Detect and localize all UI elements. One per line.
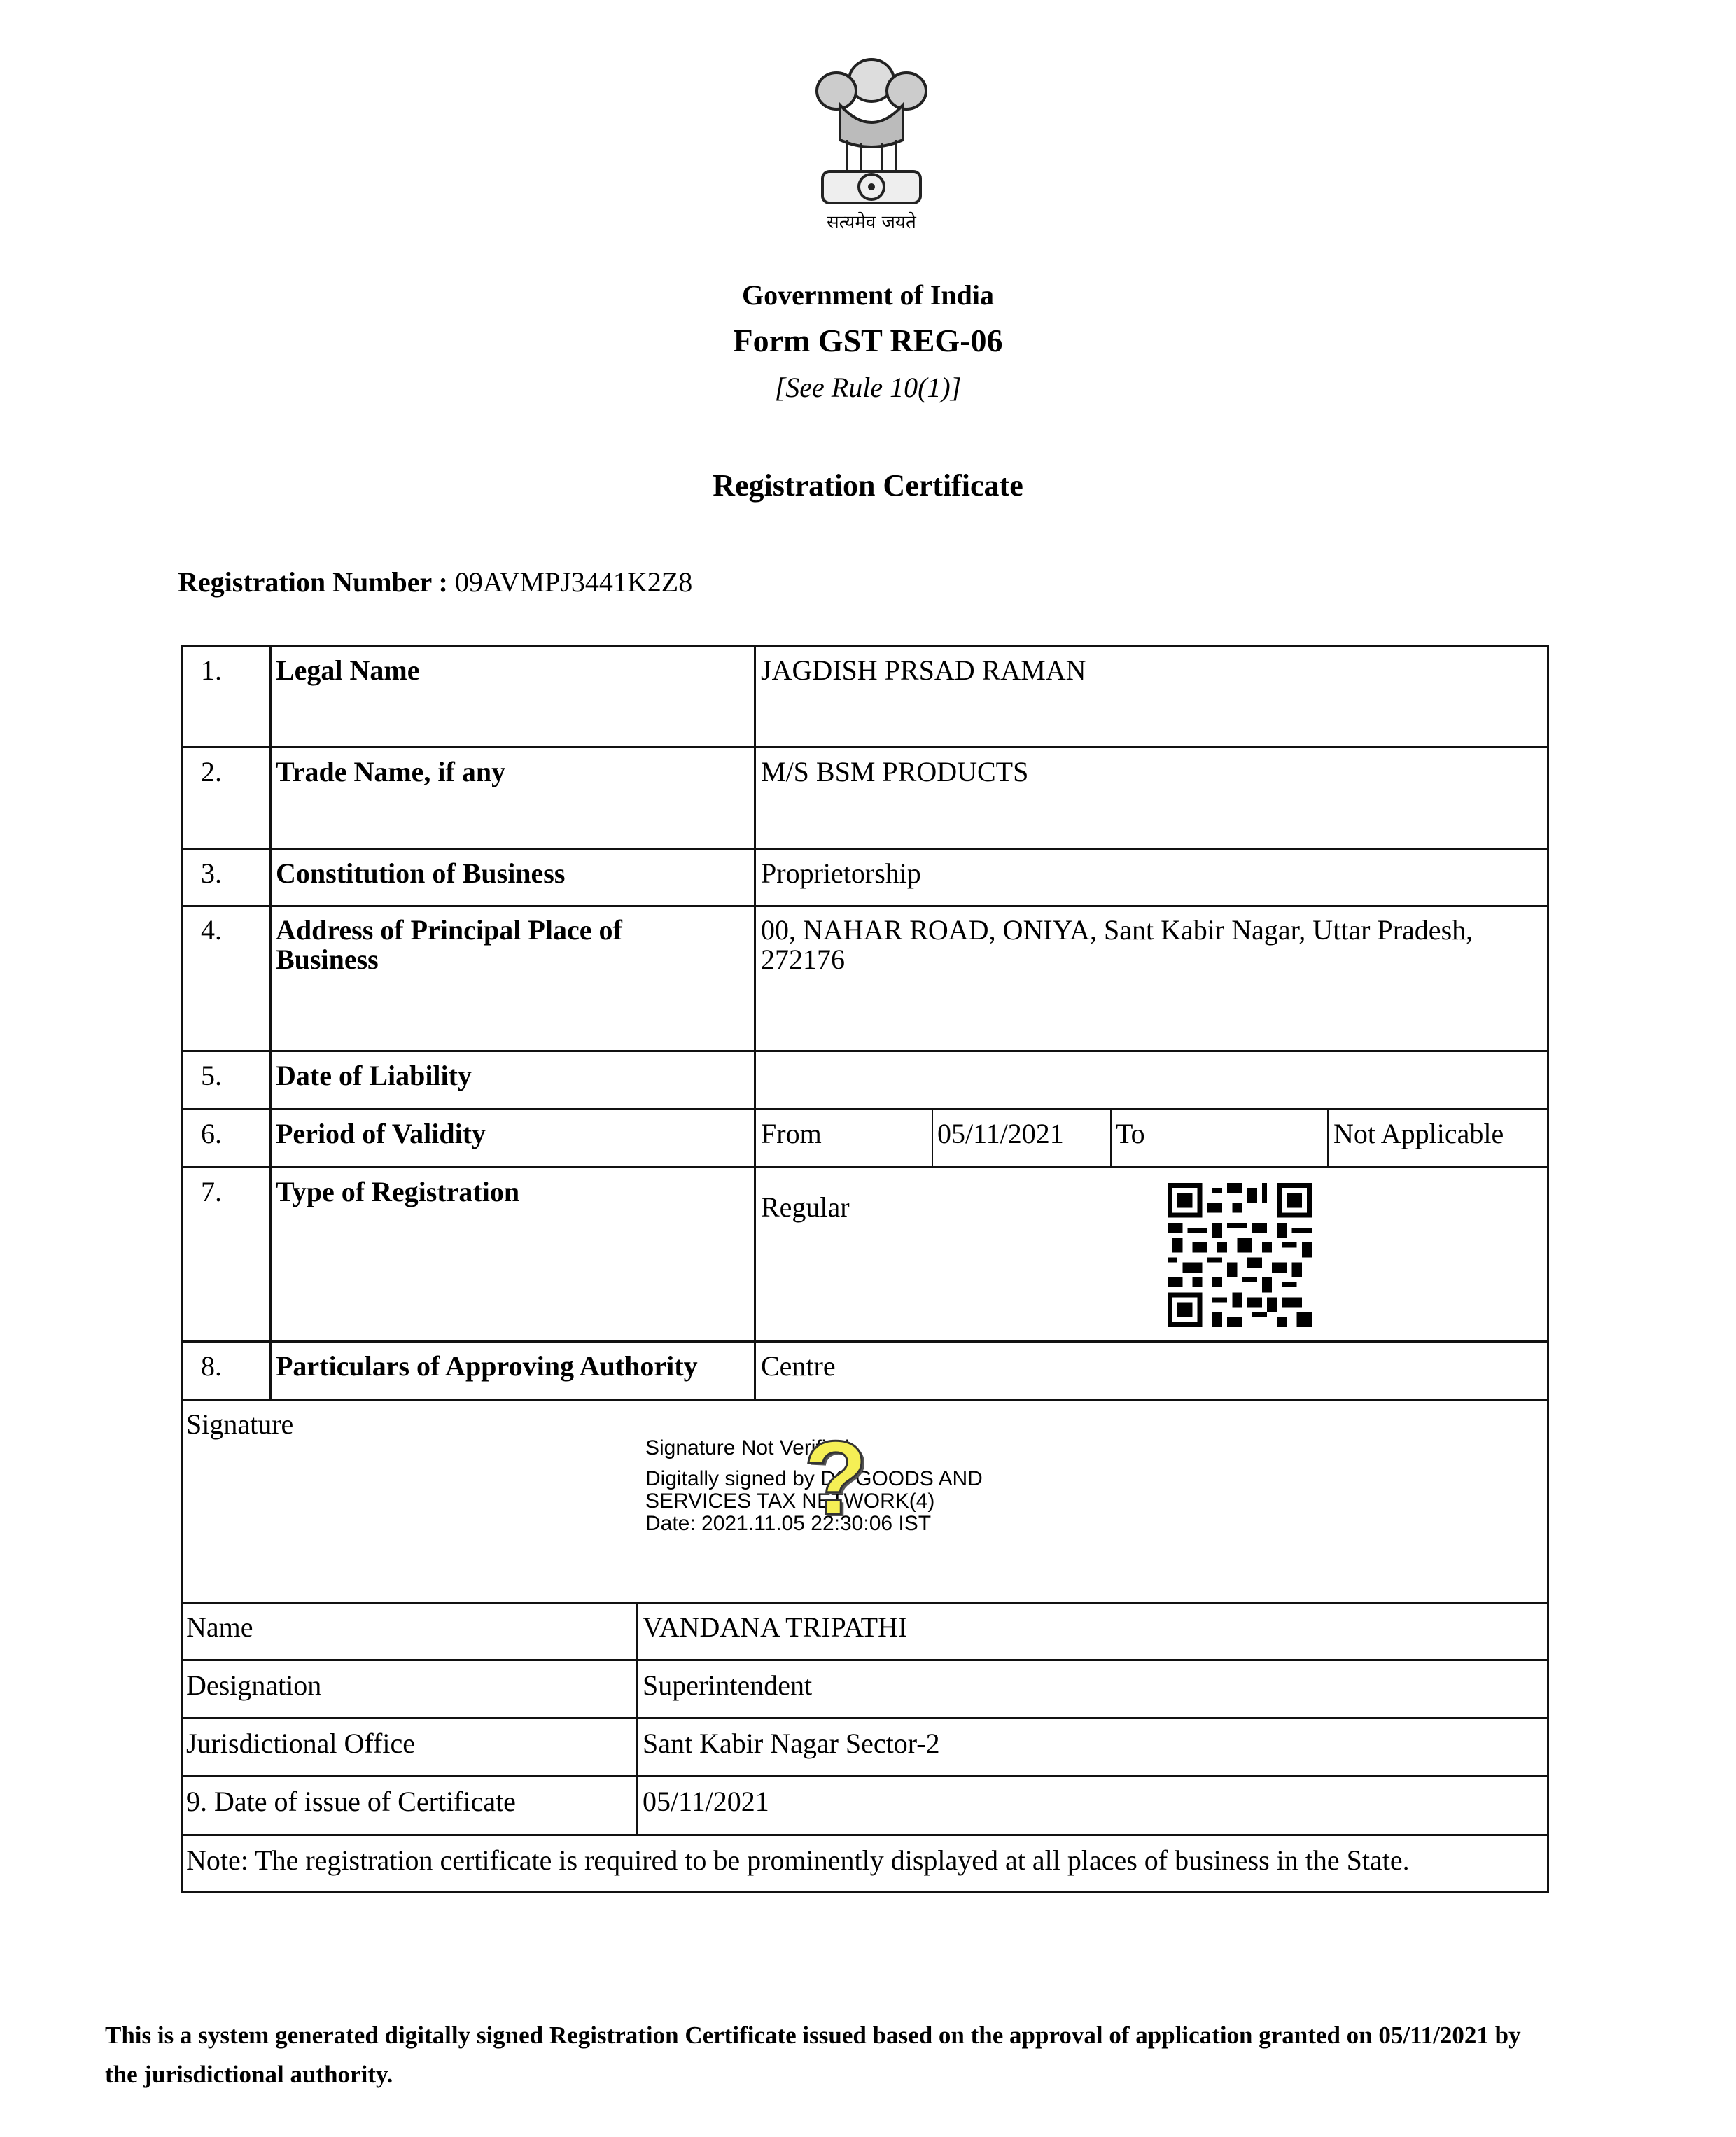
national-emblem-icon	[798, 49, 945, 210]
type-of-registration-label: Type of Registration	[276, 1177, 519, 1207]
address-value-line: 00, NAHAR ROAD, ONIYA, Sant Kabir Nagar,…	[761, 916, 1473, 945]
row-number: 2.	[190, 757, 232, 787]
jurisdictional-office-value: Sant Kabir Nagar Sector-2	[643, 1729, 940, 1758]
row-divider	[181, 1108, 1549, 1110]
signature-label: Signature	[186, 1410, 293, 1439]
row-divider	[181, 746, 1549, 748]
column-divider	[1110, 1108, 1112, 1166]
column-divider	[269, 645, 272, 1399]
address-label-line: Address of Principal Place of	[276, 916, 622, 945]
registration-number: Registration Number : 09AVMPJ3441K2Z8	[178, 566, 692, 598]
constitution-label: Constitution of Business	[276, 859, 565, 888]
column-divider	[754, 645, 756, 1399]
approving-authority-label: Particulars of Approving Authority	[276, 1352, 698, 1381]
row-number: 3.	[190, 859, 232, 888]
row-divider	[181, 905, 1549, 907]
row-divider	[181, 1050, 1549, 1052]
approving-authority-value: Centre	[761, 1352, 836, 1381]
row-number: 5.	[190, 1061, 232, 1091]
footer-line: This is a system generated digitally sig…	[105, 2016, 1645, 2055]
address-value: 00, NAHAR ROAD, ONIYA, Sant Kabir Nagar,…	[761, 916, 1473, 974]
legal-name-label: Legal Name	[276, 656, 420, 685]
row-number: 6.	[190, 1119, 232, 1149]
row-divider	[181, 1659, 1549, 1661]
row-divider	[181, 1834, 1549, 1836]
row-number: 4.	[190, 916, 232, 945]
validity-from-label: From	[761, 1119, 822, 1149]
validity-from-date: 05/11/2021	[937, 1119, 1064, 1149]
row-divider	[181, 1891, 1549, 1893]
certificate-title: Registration Certificate	[0, 468, 1736, 503]
address-label-line: Business	[276, 945, 622, 974]
officer-name-label: Name	[186, 1613, 253, 1642]
jurisdictional-office-label: Jurisdictional Office	[186, 1729, 415, 1758]
government-heading: Government of India	[0, 279, 1736, 311]
date-of-liability-label: Date of Liability	[276, 1061, 472, 1091]
designation-value: Superintendent	[643, 1671, 812, 1700]
constitution-value: Proprietorship	[761, 859, 921, 888]
address-label: Address of Principal Place of Business	[276, 916, 622, 974]
period-of-validity-label: Period of Validity	[276, 1119, 486, 1149]
table-border-right	[1547, 645, 1549, 1892]
registration-number-label: Registration Number :	[178, 566, 448, 598]
type-of-registration-value: Regular	[761, 1193, 850, 1222]
row-divider	[181, 1602, 1549, 1604]
rule-reference: [See Rule 10(1)]	[0, 371, 1736, 404]
row-number: 7.	[190, 1177, 232, 1207]
table-border-left	[181, 645, 183, 1892]
date-of-issue-label: 9. Date of issue of Certificate	[186, 1787, 516, 1816]
column-divider	[932, 1108, 933, 1166]
row-divider	[181, 1399, 1549, 1401]
motto: सत्यमेव जयते	[798, 209, 945, 234]
form-title: Form GST REG-06	[0, 322, 1736, 359]
row-number: 8.	[190, 1352, 232, 1381]
row-divider	[181, 1717, 1549, 1719]
address-value-line: 272176	[761, 945, 1473, 974]
designation-label: Designation	[186, 1671, 321, 1700]
qr-code-icon	[1168, 1183, 1312, 1327]
legal-name-value: JAGDISH PRSAD RAMAN	[761, 656, 1086, 685]
row-divider	[181, 1340, 1549, 1343]
date-of-issue-value: 05/11/2021	[643, 1787, 769, 1816]
row-divider	[181, 645, 1549, 647]
trade-name-value: M/S BSM PRODUCTS	[761, 757, 1028, 787]
validity-to-value: Not Applicable	[1333, 1119, 1504, 1149]
display-note: Note: The registration certificate is re…	[186, 1846, 1410, 1875]
registration-number-value: 09AVMPJ3441K2Z8	[455, 566, 692, 598]
row-number: 1.	[190, 656, 232, 685]
trade-name-label: Trade Name, if any	[276, 757, 505, 787]
column-divider	[1327, 1108, 1329, 1166]
officer-name-value: VANDANA TRIPATHI	[643, 1613, 907, 1642]
footer-statement: This is a system generated digitally sig…	[105, 2016, 1645, 2094]
row-divider	[181, 848, 1549, 850]
validity-to-label: To	[1116, 1119, 1145, 1149]
row-divider	[181, 1775, 1549, 1777]
footer-line: the jurisdictional authority.	[105, 2055, 1645, 2094]
row-divider	[181, 1166, 1549, 1168]
question-mark-icon: ?	[804, 1425, 868, 1530]
